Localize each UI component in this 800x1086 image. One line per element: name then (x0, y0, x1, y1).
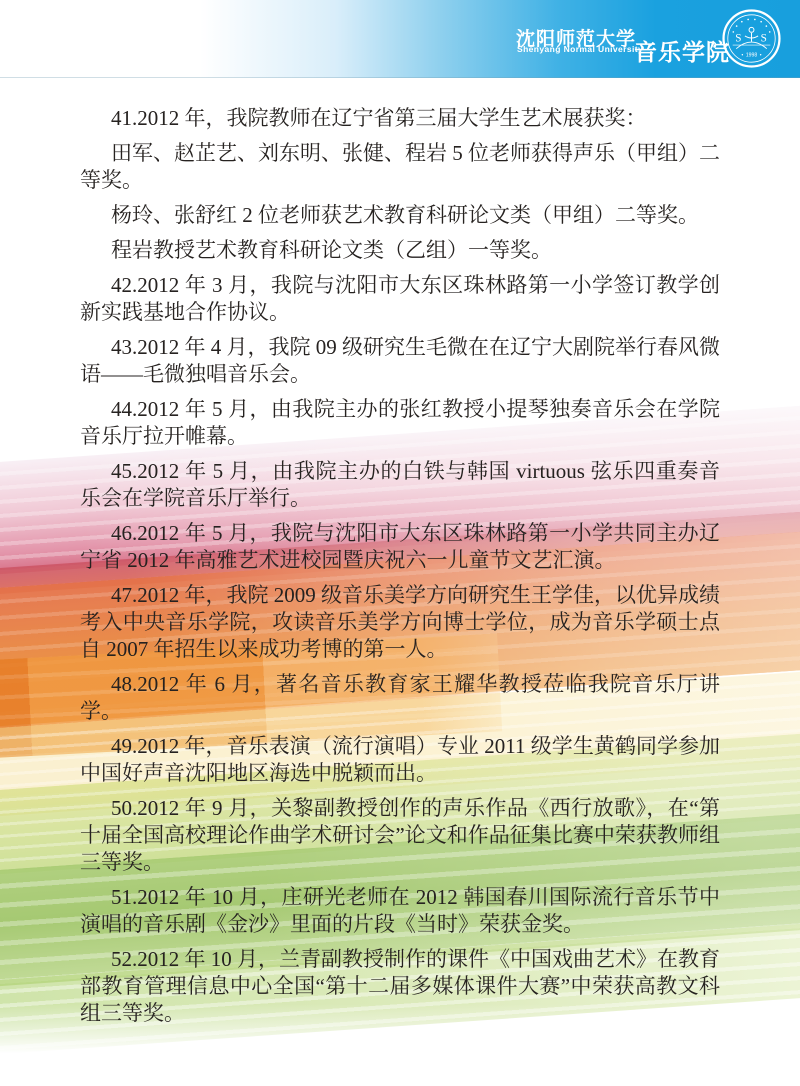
college-seal-icon: S S 1998 (721, 8, 782, 69)
paragraph-51: 51.2012 年 10 月，庄研光老师在 2012 韩国春川国际流行音乐节中演… (80, 884, 720, 938)
seal-year: 1998 (746, 52, 757, 58)
university-name-en: Shenyang Normal University (517, 44, 643, 54)
paragraph-45: 45.2012 年 5 月，由我院主办的白铁与韩国 virtuous 弦乐四重奏… (80, 458, 720, 512)
paragraph-47: 47.2012 年，我院 2009 级音乐美学方向研究生王学佳，以优异成绩考入中… (80, 582, 720, 663)
document-body: 41.2012 年，我院教师在辽宁省第三届大学生艺术展获奖： 田军、赵芷艺、刘东… (80, 105, 720, 1027)
paragraph-41: 41.2012 年，我院教师在辽宁省第三届大学生艺术展获奖： (80, 105, 720, 132)
paragraph-52: 52.2012 年 10 月，兰青副教授制作的课件《中国戏曲艺术》在教育部教育管… (80, 946, 720, 1027)
page: 沈阳师范大学 Shenyang Normal University 音乐学院 S… (0, 0, 800, 1086)
paragraph-46: 46.2012 年 5 月，我院与沈阳市大东区珠林路第一小学共同主办辽宁省 20… (80, 520, 720, 574)
paragraph-43: 43.2012 年 4 月，我院 09 级研究生毛微在在辽宁大剧院举行春风微语—… (80, 334, 720, 388)
paragraph-41a: 田军、赵芷艺、刘东明、张健、程岩 5 位老师获得声乐（甲组）二等奖。 (80, 140, 720, 194)
seal-arc-marks (732, 19, 770, 33)
header-bar: 沈阳师范大学 Shenyang Normal University 音乐学院 S… (0, 0, 800, 78)
seal-letter-right: S (761, 33, 767, 45)
paragraph-44: 44.2012 年 5 月，由我院主办的张红教授小提琴独奏音乐会在学院音乐厅拉开… (80, 396, 720, 450)
seal-letter-left: S (735, 33, 741, 45)
paragraph-50: 50.2012 年 9 月，关黎副教授创作的声乐作品《西行放歌》，在“第十届全国… (80, 795, 720, 876)
paragraph-42: 42.2012 年 3 月，我院与沈阳市大东区珠林路第一小学签订教学创新实践基地… (80, 272, 720, 326)
paragraph-41b: 杨玲、张舒红 2 位老师获艺术教育科研论文类（甲组）二等奖。 (80, 202, 720, 229)
paragraph-48: 48.2012 年 6 月，著名音乐教育家王耀华教授莅临我院音乐厅讲学。 (80, 671, 720, 725)
paragraph-49: 49.2012 年，音乐表演（流行演唱）专业 2011 级学生黄鹤同学参加中国好… (80, 733, 720, 787)
paragraph-41c: 程岩教授艺术教育科研论文类（乙组）一等奖。 (80, 237, 720, 264)
college-name: 音乐学院 (634, 34, 730, 67)
